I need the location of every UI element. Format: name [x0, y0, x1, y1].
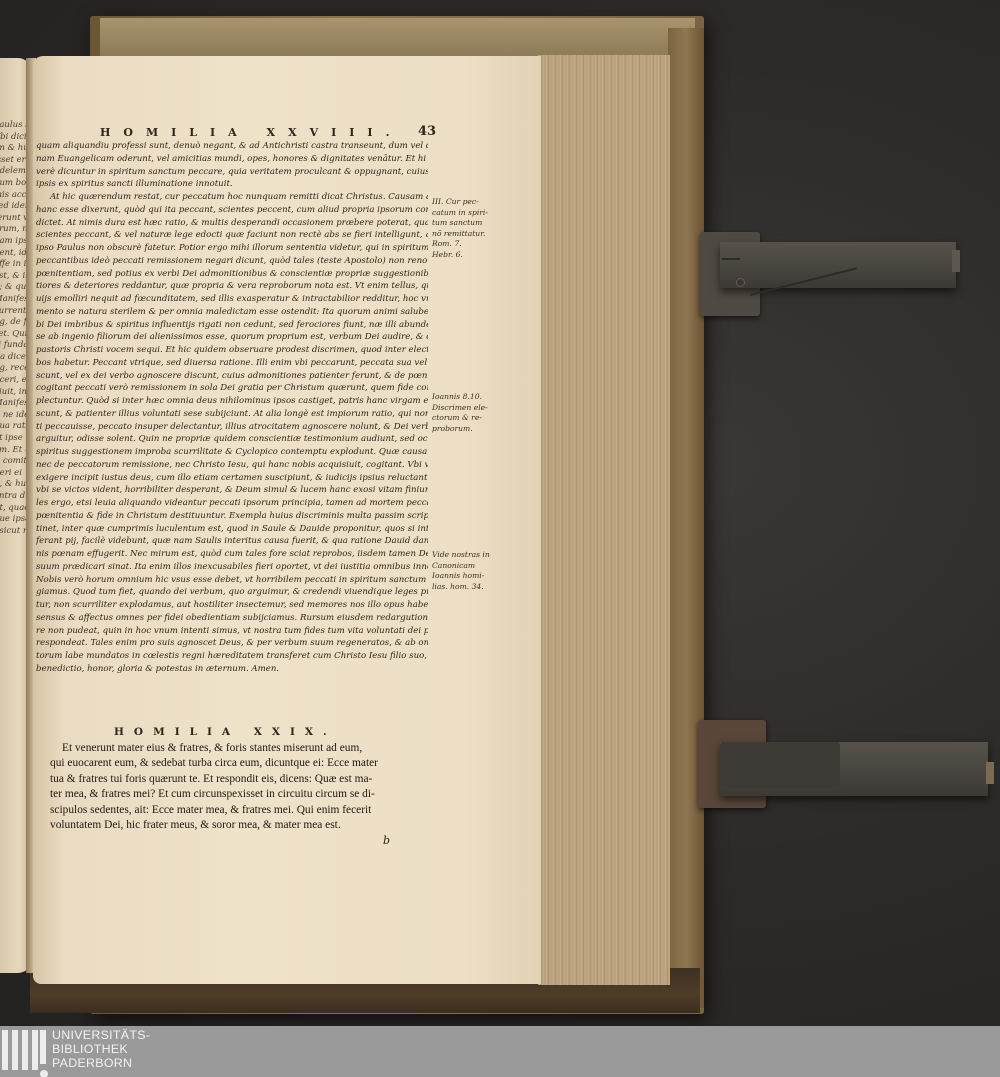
margin-note-line: Rom. 7. — [432, 239, 488, 250]
text-line: quam aliquandiu professi sunt, denuò neg… — [36, 140, 428, 153]
text-line: bi Dei imbribus & spiritus influentijs r… — [36, 319, 428, 332]
text-line: se ab ingenio filiorum dei alienissimos … — [36, 331, 428, 344]
margin-note-line: Vide nostras in — [432, 550, 490, 561]
text-line: giamus. Quod tum fiet, quando dei verbum… — [36, 586, 428, 599]
text-line: scunt, vel ex dei verbo agnoscere discun… — [36, 370, 428, 383]
page-block-edge — [538, 55, 670, 985]
pericope-line: voluntatem Dei, hic frater meus, & soror… — [50, 818, 450, 833]
text-line: Nobis verò horum omnium hic vsus esse de… — [36, 574, 428, 587]
text-line: tiores & deteriores reddantur, quæ propr… — [36, 280, 428, 293]
text-line: re non pudeat, quin in hoc vnum intenti … — [36, 625, 428, 638]
text-line: At hic quærendum restat, cur peccatum ho… — [36, 191, 428, 204]
text-line: les ergo, etsi leuia aliquando videantur… — [36, 497, 428, 510]
text-line: vbi se victos vident, horribiliter despe… — [36, 484, 428, 497]
text-line: verè dicuntur in spiritum sanctum peccar… — [36, 166, 428, 179]
text-line: ti peccauisse, peccato insuper delectant… — [36, 421, 428, 434]
text-line: pastoris Christi vocem sequi. Et hic qui… — [36, 344, 428, 357]
text-line: arguitur, odisse solent. Quin ne propriæ… — [36, 433, 428, 446]
text-line: ipsis ex spiritus sancti illuminatione i… — [36, 178, 428, 191]
text-line: scientes peccant, & vel naturæ lege edoc… — [36, 229, 428, 242]
text-line: respondeat. Tales enim pro suis agnoscet… — [36, 637, 428, 650]
pericope-line: Et venerunt mater eius & fratres, & fori… — [50, 741, 450, 756]
text-line: ipso Paulus non obscurè fatetur. Potior … — [36, 242, 428, 255]
margin-note-line: tum sanctum — [432, 218, 488, 229]
margin-note-line: III. Cur pec- — [432, 197, 488, 208]
margin-note: III. Cur pec-catum in spiri-tum sanctumn… — [432, 197, 488, 261]
running-head: HOMILIA XXVIII. — [100, 126, 402, 139]
text-line: pœnitentia & fide in Christum destituunt… — [36, 510, 428, 523]
margin-note-line: Hebr. 6. — [432, 250, 488, 261]
text-line: tur, non scurriliter explodamus, aut hos… — [36, 599, 428, 612]
margin-note: Ioannis 8.10.Discrimen ele-ctorum & re-p… — [432, 392, 488, 434]
pericope-line: tua & fratres tui foris quærunt te. Et r… — [50, 772, 450, 787]
margin-note: Vide nostras inCanonicamIoannis homi-lia… — [432, 550, 490, 592]
homily-heading: HOMILIA XXIX. — [114, 726, 337, 738]
library-footer: UNIVERSITÄTS- BIBLIOTHEK PADERBORN — [0, 1026, 1000, 1077]
text-line: suum prædicari sinat. Ita enim illos ine… — [36, 561, 428, 574]
text-line: uijs emolliri nequit ad fœcunditatem, se… — [36, 293, 428, 306]
text-line: peccantibus ideò peccati remissionem neg… — [36, 255, 428, 268]
text-line: nec de peccatorum remissione, nec Christ… — [36, 459, 428, 472]
margin-note-line: nõ remittatur. — [432, 229, 488, 240]
text-line: benedictio, honor, gloria & potestas in … — [36, 663, 428, 676]
text-line: torum labe mundatos in cœlestis regni hæ… — [36, 650, 428, 663]
margin-note-line: Ioannis 8.10. — [432, 392, 488, 403]
signature-mark: b — [383, 834, 390, 847]
margin-note-line: lias. hom. 34. — [432, 582, 490, 593]
library-name: UNIVERSITÄTS- BIBLIOTHEK PADERBORN — [52, 1028, 150, 1070]
pericope-line: scipulos sedentes, ait: Ecce mater mea, … — [50, 803, 450, 818]
text-line: spiritus suggestionem improba scurrilita… — [36, 446, 428, 459]
cover-top-edge — [100, 18, 695, 58]
text-line: nis pœnam effugerit. Nec mirum est, quòd… — [36, 548, 428, 561]
text-line: plectuntur. Quòd si inter hæc omnia deus… — [36, 395, 428, 408]
text-line: dictet. At nimis dura est hæc ratio, & m… — [36, 217, 428, 230]
library-logo-icon — [2, 1030, 46, 1074]
text-line: nam Euangelicam oderunt, vel amicitias m… — [36, 153, 428, 166]
cover-fore-edge — [668, 28, 704, 1008]
pericope-line: ter mea, & fratres mei? Et cum circunspe… — [50, 787, 450, 802]
text-line: cogitant peccati verò remissionem in sol… — [36, 382, 428, 395]
margin-note-line: Discrimen ele- — [432, 403, 488, 414]
gospel-pericope: Et venerunt mater eius & fratres, & fori… — [50, 741, 450, 833]
text-line: mento se natura sterilem & per omnia mal… — [36, 306, 428, 319]
text-line: scunt, & patienter illius voluntati sese… — [36, 408, 428, 421]
margin-note-line: Canonicam — [432, 561, 490, 572]
text-line: bos habetur. Peccant vtrique, sed diuers… — [36, 357, 428, 370]
body-text: quam aliquandiu professi sunt, denuò neg… — [36, 140, 428, 676]
margin-note-line: catum in spiri- — [432, 208, 488, 219]
page-number: 43 — [418, 124, 436, 139]
pericope-line: qui euocarent eum, & sedebat turba circa… — [50, 756, 450, 771]
text-line: pœnitentiam, sed potius ex verbi Dei adm… — [36, 268, 428, 281]
text-line: sensus & affectus omnes per fidei obedie… — [36, 612, 428, 625]
text-line: ferant pij, facilè videbunt, quæ nam Sau… — [36, 535, 428, 548]
text-line: tinet, inter quæ cumprimis luculentum es… — [36, 523, 428, 536]
margin-note-line: ctorum & re- — [432, 413, 488, 424]
text-line: exigere incipit iustus deus, cum illo et… — [36, 472, 428, 485]
text-line: hanc esse dixerunt, quòd qui ita peccant… — [36, 204, 428, 217]
margin-note-line: Ioannis homi- — [432, 571, 490, 582]
margin-note-line: proborum. — [432, 424, 488, 435]
